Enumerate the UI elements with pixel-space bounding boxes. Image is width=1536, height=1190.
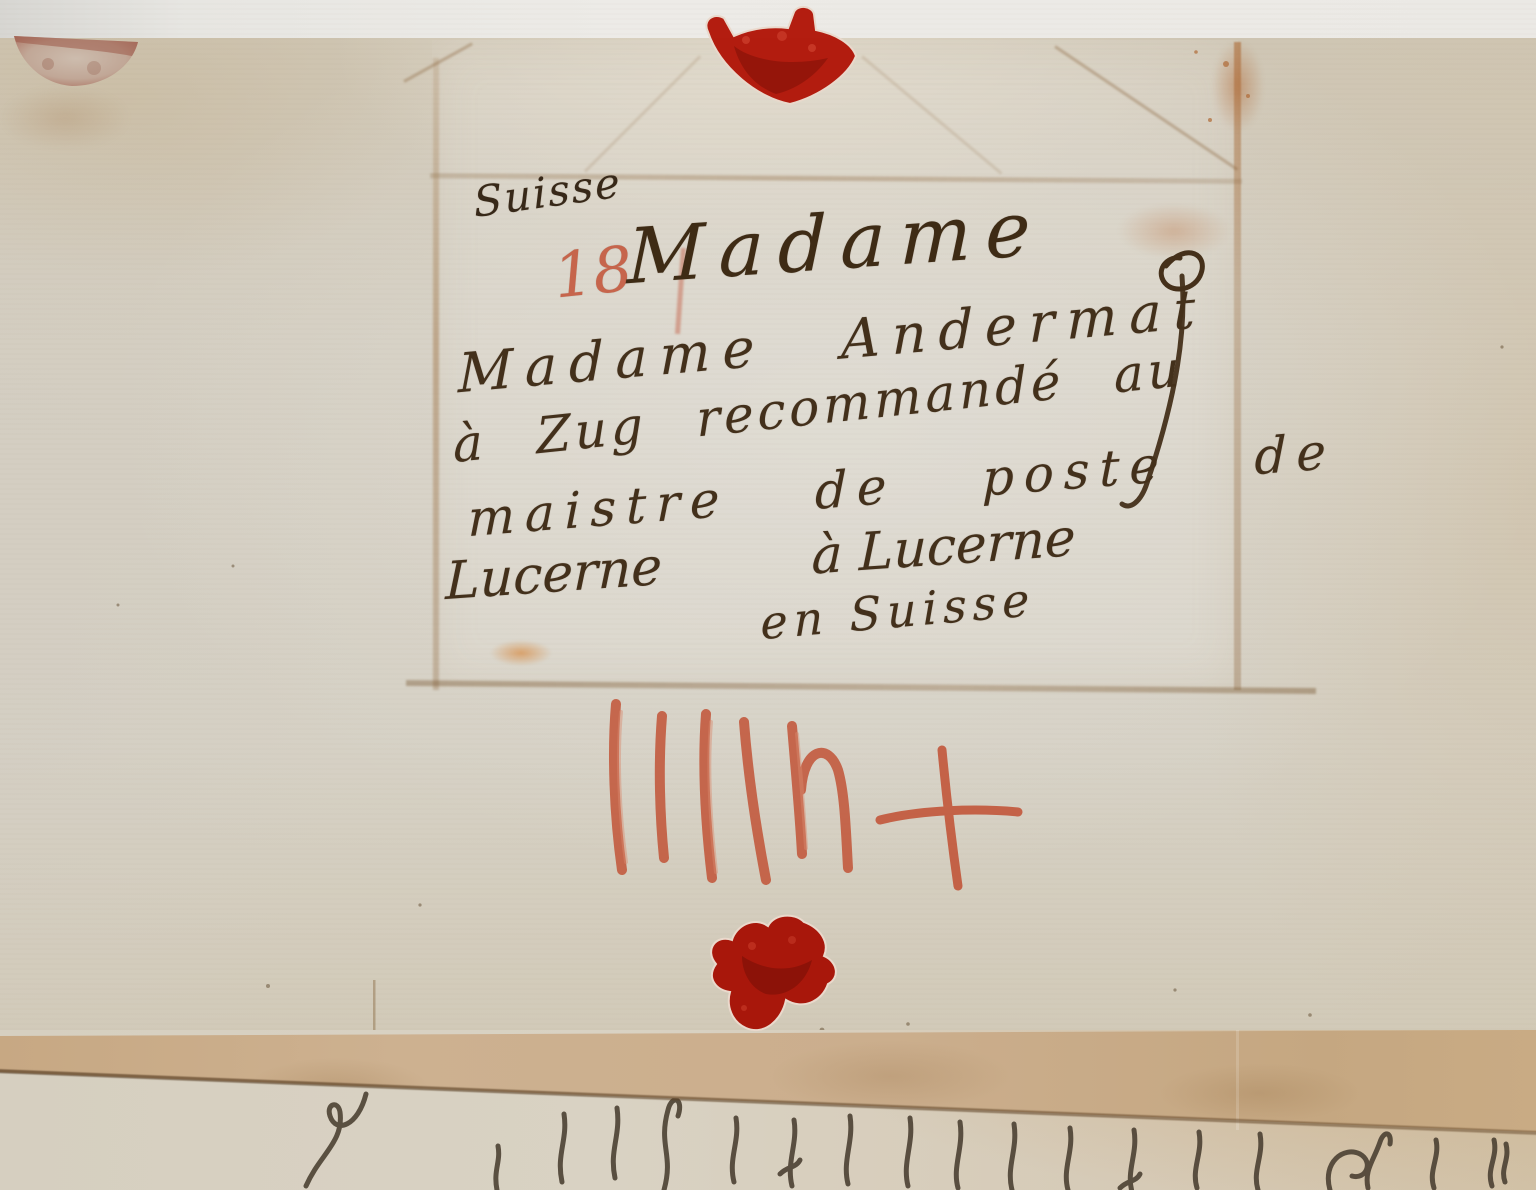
faded-seal-remnant-icon xyxy=(10,30,146,94)
letter-photograph: Suisse 18 Madame Madame Andermat à Zug r… xyxy=(0,0,1536,1190)
under-sheet-seam xyxy=(373,980,376,1036)
top-wax-seal-icon xyxy=(694,6,870,114)
fold-band-seam xyxy=(1236,1030,1239,1130)
bottom-wax-seal-icon xyxy=(682,906,868,1048)
